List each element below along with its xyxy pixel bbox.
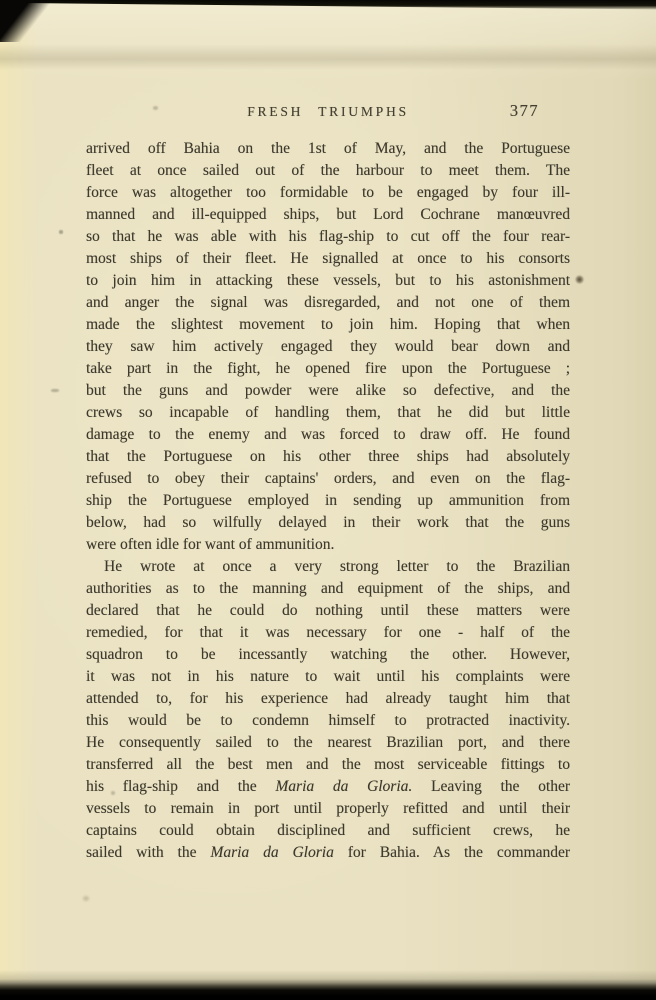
text-line: his flag-ship and the Maria da Gloria. L… <box>86 776 570 798</box>
text-line: were often idle for want of ammunition. <box>86 534 570 556</box>
text-line: take part in the fight, he opened fire u… <box>86 358 570 380</box>
text-line: damage to the enemy and was forced to dr… <box>86 424 570 446</box>
text-line: made the slightest movement to join him.… <box>86 314 570 336</box>
text-line: attended to, for his experience had alre… <box>86 688 570 710</box>
text-line: He wrote at once a very strong letter to… <box>86 556 570 578</box>
text-segment: his flag-ship and the <box>86 778 275 795</box>
text-line: refused to obey their captains' orders, … <box>86 468 570 490</box>
scan-top-edge-shadow <box>0 0 656 10</box>
running-header: FRESH TRIUMPHS 377 <box>86 101 570 123</box>
text-line: below, had so wilfully delayed in their … <box>86 512 570 534</box>
running-title: FRESH TRIUMPHS <box>247 104 409 120</box>
text-line: arrived off Bahia on the 1st of May, and… <box>86 138 570 160</box>
text-segment: sailed with the <box>86 844 210 861</box>
ship-name-italic: Maria da Gloria. <box>275 778 412 795</box>
ship-name-italic: Maria da Gloria <box>210 844 333 861</box>
text-line: vessels to remain in port until properly… <box>86 798 570 820</box>
ink-smudge <box>575 275 584 284</box>
text-line: to join him in attacking these vessels, … <box>86 270 570 292</box>
ink-speck <box>51 389 59 392</box>
text-line: they saw him actively engaged they would… <box>86 336 570 358</box>
text-line: it was not in his nature to wait until h… <box>86 666 570 688</box>
text-line: crews so incapable of handling them, tha… <box>86 402 570 424</box>
text-line: transferred all the best men and the mos… <box>86 754 570 776</box>
text-segment: Leaving the other <box>412 778 570 795</box>
text-line: force was altogether too formidable to b… <box>86 182 570 204</box>
text-line: sailed with the Maria da Gloria for Bahi… <box>86 842 570 864</box>
text-line: remedied, for that it was necessary for … <box>86 622 570 644</box>
page-body: arrived off Bahia on the 1st of May, and… <box>86 138 570 864</box>
text-line: squadron to be incessantly watching the … <box>86 644 570 666</box>
text-line: fleet at once sailed out of the harbour … <box>86 160 570 182</box>
text-line: so that he was able with his flag-ship t… <box>86 226 570 248</box>
text-line: authorities as to the manning and equipm… <box>86 578 570 600</box>
text-segment: for Bahia. As the commander <box>334 844 570 861</box>
scanned-book-page: FRESH TRIUMPHS 377 arrived off Bahia on … <box>0 0 656 1000</box>
page-top-crease <box>0 44 656 70</box>
text-line: declared that he could do nothing until … <box>86 600 570 622</box>
page-number: 377 <box>510 101 539 121</box>
ink-speck <box>59 230 63 234</box>
text-line: captains could obtain disciplined and su… <box>86 820 570 842</box>
text-line: and anger the signal was disregarded, an… <box>86 292 570 314</box>
text-line: this would be to condemn himself to prot… <box>86 710 570 732</box>
text-line: ship the Portuguese employed in sending … <box>86 490 570 512</box>
scan-corner-shadow <box>0 0 56 42</box>
text-line: that the Portuguese on his other three s… <box>86 446 570 468</box>
text-line: most ships of their fleet. He signalled … <box>86 248 570 270</box>
text-line: He consequently sailed to the nearest Br… <box>86 732 570 754</box>
scan-bottom-edge-shadow <box>0 970 656 1000</box>
ink-speck <box>83 896 89 901</box>
text-line: but the guns and powder were alike so de… <box>86 380 570 402</box>
text-line: manned and ill-equipped ships, but Lord … <box>86 204 570 226</box>
